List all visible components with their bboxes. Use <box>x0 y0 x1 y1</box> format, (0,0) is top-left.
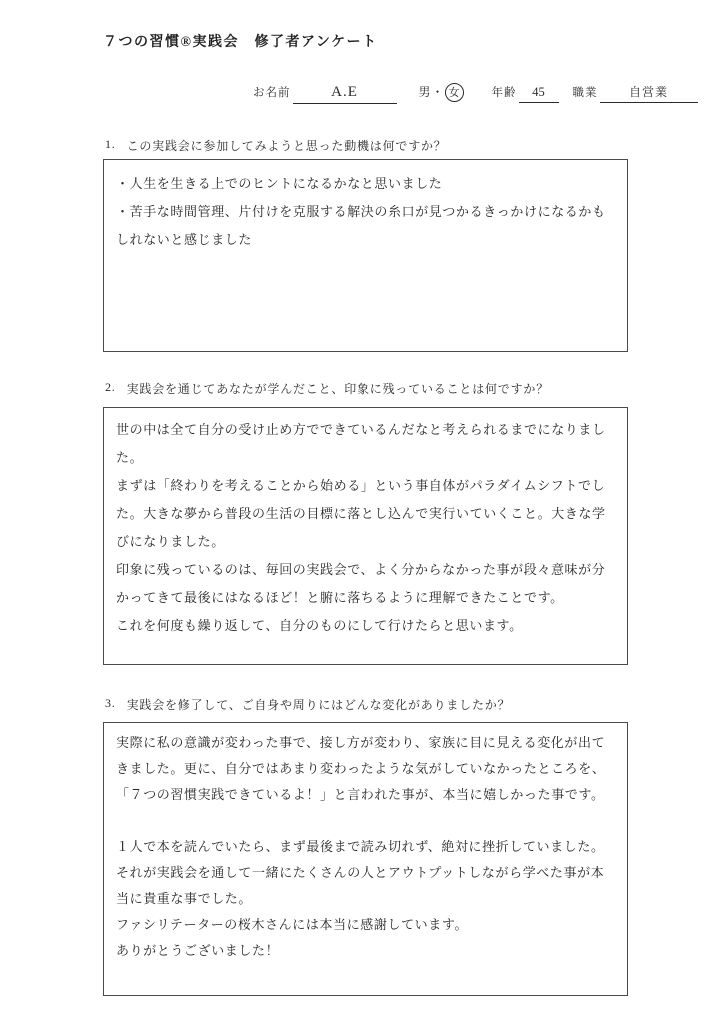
occupation-field: 職業自営業 <box>573 83 698 103</box>
question-2-number: 2. <box>105 380 116 397</box>
question-3-label: 3. 実践会を修了して、ご自身や周りにはどんな変化がありましたか？ <box>103 696 628 713</box>
gender-female-circled: 女 <box>445 83 464 102</box>
gender-field: 男 ・ 女 <box>419 82 464 101</box>
question-2-answer-box: 世の中は全て自分の受け止め方でできているんだなと考えられるまでになりました。 ま… <box>103 407 628 665</box>
page-title: ７つの習慣®実践会 修了者アンケート <box>103 31 378 51</box>
name-value: A.E <box>293 84 397 104</box>
question-1-answer-text: ・人生を生きる上でのヒントになるかなと思いました ・苦手な時間管理、片付けを克服… <box>104 160 627 254</box>
respondent-info-row: お名前 A.E 男 ・ 女 年齢45 職業自営業 <box>253 82 698 104</box>
name-label: お名前 <box>253 84 291 100</box>
survey-document-page: ７つの習慣®実践会 修了者アンケート お名前 A.E 男 ・ 女 年齢45 職業… <box>0 0 724 1024</box>
question-2-label: 2. 実践会を通じてあなたが学んだこと、印象に残っていることは何ですか？ <box>103 380 628 397</box>
age-label: 年齢 <box>492 87 517 99</box>
question-3-text: 実践会を修了して、ご自身や周りにはどんな変化がありましたか？ <box>127 696 511 713</box>
age-value: 45 <box>519 85 559 103</box>
question-3-number: 3. <box>105 696 116 713</box>
question-block-2: 2. 実践会を通じてあなたが学んだこと、印象に残っていることは何ですか？ 世の中… <box>103 380 628 665</box>
gender-separator: ・ <box>432 83 445 100</box>
question-2-text: 実践会を通じてあなたが学んだこと、印象に残っていることは何ですか？ <box>127 380 549 397</box>
occupation-label: 職業 <box>573 87 598 99</box>
question-1-answer-box: ・人生を生きる上でのヒントになるかなと思いました ・苦手な時間管理、片付けを克服… <box>103 159 628 352</box>
question-3-answer-box: 実際に私の意識が変わった事で、接し方が変わり、家族に目に見える変化が出てきました… <box>103 722 628 996</box>
question-1-text: この実践会に参加してみようと思った動機は何ですか？ <box>127 137 447 154</box>
question-3-answer-text: 実際に私の意識が変わった事で、接し方が変わり、家族に目に見える変化が出てきました… <box>104 723 627 964</box>
question-block-3: 3. 実践会を修了して、ご自身や周りにはどんな変化がありましたか？ 実際に私の意… <box>103 696 628 996</box>
age-field: 年齢45 <box>492 84 559 103</box>
question-1-label: 1. この実践会に参加してみようと思った動機は何ですか？ <box>103 137 628 154</box>
occupation-value: 自営業 <box>600 83 698 103</box>
gender-male-option: 男 <box>419 83 432 100</box>
question-block-1: 1. この実践会に参加してみようと思った動機は何ですか？ ・人生を生きる上でのヒ… <box>103 137 628 352</box>
question-1-number: 1. <box>105 137 116 154</box>
question-2-answer-text: 世の中は全て自分の受け止め方でできているんだなと考えられるまでになりました。 ま… <box>104 408 627 640</box>
